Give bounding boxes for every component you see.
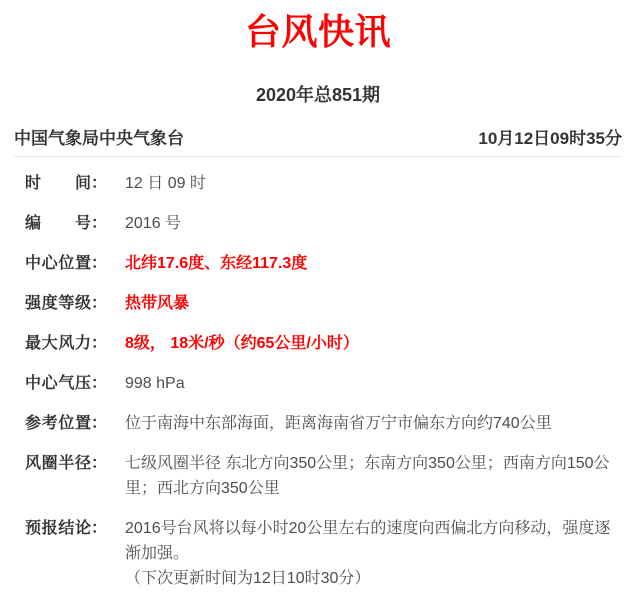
row-value-forecast-conclusion: 2016号台风将以每小时20公里左右的速度向西偏北方向移动，强度逐渐加强。 （下… [125,516,622,591]
row-forecast-conclusion: 预报结论： 2016号台风将以每小时20公里左右的速度向西偏北方向移动，强度逐渐… [25,516,622,591]
row-label-forecast-conclusion: 预报结论 [25,516,91,541]
row-wind-circle-radius: 风圈半径： 七级风圈半径 东北方向350公里；东南方向350公里；西南方向150… [25,451,622,501]
masthead: 中国气象局中央气象台 10月12日09时35分 [14,128,622,157]
row-value-intensity-level: 热带风暴 [125,291,622,316]
row-label-number: 编号 [25,211,91,236]
row-label-wind-circle-radius: 风圈半径 [25,451,91,476]
row-time: 时间： 12 日 09 时 [25,171,622,196]
row-number: 编号： 2016 号 [25,211,622,236]
row-reference-position: 参考位置： 位于南海中东部海面，距离海南省万宁市偏东方向约740公里 [25,411,622,436]
row-label-reference-position: 参考位置 [25,411,91,436]
row-label-time: 时间 [25,171,91,196]
row-value-number: 2016 号 [125,211,622,236]
row-value-reference-position: 位于南海中东部海面，距离海南省万宁市偏东方向约740公里 [125,411,622,436]
row-label-center-pressure: 中心气压 [25,371,91,396]
row-label-max-wind-force: 最大风力 [25,331,91,356]
page-title: 台风快讯 [14,12,622,52]
row-center-pressure: 中心气压： 998 hPa [25,371,622,396]
typhoon-bulletin: 台风快讯 2020年总851期 中国气象局中央气象台 10月12日09时35分 … [0,0,637,591]
row-value-center-pressure: 998 hPa [125,371,622,396]
row-max-wind-force: 最大风力： 8级， 18米/秒（约65公里/小时） [25,331,622,356]
issue-number: 2020年总851期 [14,84,622,106]
row-label-intensity-level: 强度等级 [25,291,91,316]
row-value-wind-circle-radius: 七级风圈半径 东北方向350公里；东南方向350公里；西南方向150公里；西北方… [125,451,622,501]
row-value-center-position: 北纬17.6度、东经117.3度 [125,251,622,276]
row-value-time: 12 日 09 时 [125,171,622,196]
row-value-max-wind-force: 8级， 18米/秒（约65公里/小时） [125,331,622,356]
agency-name: 中国气象局中央气象台 [14,128,184,150]
row-intensity-level: 强度等级： 热带风暴 [25,291,622,316]
row-center-position: 中心位置： 北纬17.6度、东经117.3度 [25,251,622,276]
row-label-center-position: 中心位置 [25,251,91,276]
issued-time: 10月12日09时35分 [478,128,622,150]
bulletin-rows: 时间： 12 日 09 时 编号： 2016 号 中心位置： 北纬17.6度、东… [14,157,622,591]
